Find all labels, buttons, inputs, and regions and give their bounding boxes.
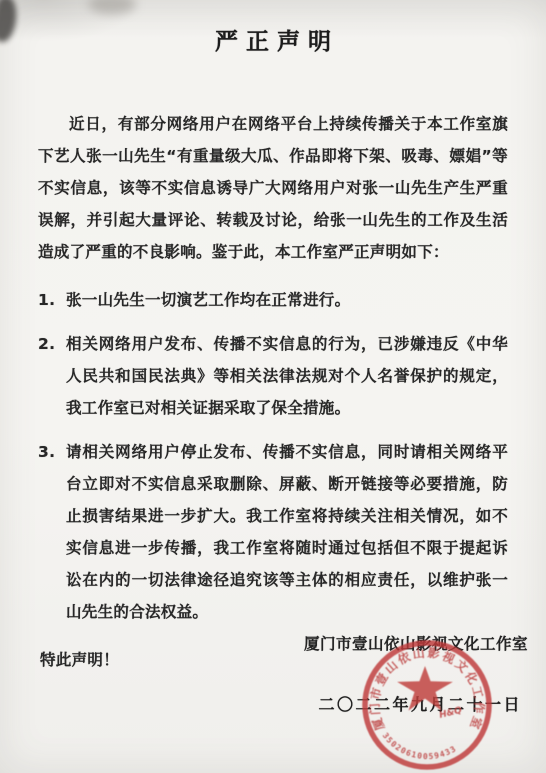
list-item: 3. 请相关网络用户停止发布、传播不实信息，同时请相关网络平台立即对不实信息采取… — [38, 436, 508, 628]
studio-signature: 厦门市壹山依山影视文化工作室 — [304, 632, 528, 654]
list-item-text: 相关网络用户发布、传播不实信息的行为，已涉嫌违反《中华人民共和国民法典》等相关法… — [66, 328, 508, 424]
list-item-text: 张一山先生一切演艺工作均在正常进行。 — [66, 284, 508, 316]
list-item: 1. 张一山先生一切演艺工作均在正常进行。 — [38, 284, 508, 316]
page-title: 严正声明 — [0, 26, 546, 58]
seal-serial-number: 35020610059433 — [381, 731, 459, 761]
intro-paragraph: 近日，有部分网络用户在网络平台上持续传播关于本工作室旗下艺人张一山先生“有重量级… — [38, 108, 508, 268]
document-date: 二〇二二年九月二十一日 — [318, 692, 522, 715]
document-page: 严正声明 近日，有部分网络用户在网络平台上持续传播关于本工作室旗下艺人张一山先生… — [0, 0, 546, 773]
list-item-number: 3. — [38, 436, 66, 628]
list-item-text: 请相关网络用户停止发布、传播不实信息，同时请相关网络平台立即对不实信息采取删除、… — [66, 436, 508, 628]
statement-list: 1. 张一山先生一切演艺工作均在正常进行。 2. 相关网络用户发布、传播不实信息… — [38, 284, 508, 628]
list-item-number: 2. — [38, 328, 66, 424]
list-item: 2. 相关网络用户发布、传播不实信息的行为，已涉嫌违反《中华人民共和国民法典》等… — [38, 328, 508, 424]
svg-text:35020610059433: 35020610059433 — [381, 731, 459, 761]
scan-artifact-smudge — [88, 0, 136, 14]
list-item-number: 1. — [38, 284, 66, 316]
